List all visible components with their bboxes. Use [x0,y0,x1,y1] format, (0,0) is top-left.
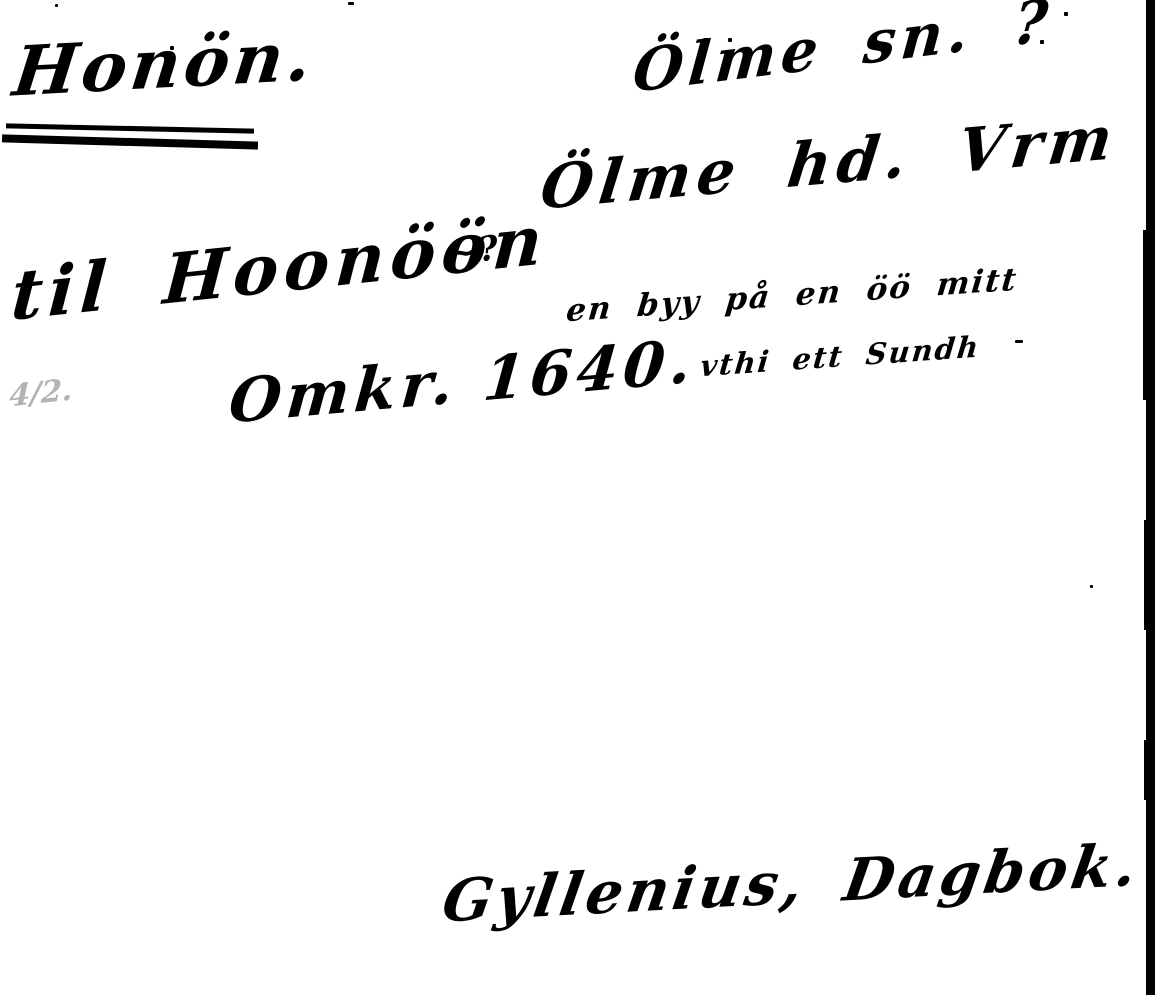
scan-speck [703,38,708,42]
scan-speck [728,38,732,42]
district-annotation: Ölme hd. Vrm [538,108,1122,219]
scan-edge-artifact-fragment [1144,520,1147,630]
scan-speck [1015,340,1023,343]
date-annotation: Omkr. 1640. [227,331,699,432]
scan-edge-artifact-fragment [1143,230,1147,400]
placename-heading: Honön. [10,22,320,106]
scan-edge-artifact-fragment [1144,740,1147,800]
pencil-margin-note: 4/2. [9,375,73,412]
parish-annotation: Ölme sn. ? [631,0,1055,101]
scan-speck [170,46,174,50]
source-citation: Gyllenius, Dagbok. [439,835,1145,930]
archive-card-scan: Honön. Ölme sn. ? Ölme hd. Vrm ~? til Ho… [0,0,1155,995]
scan-speck [1090,585,1093,588]
scan-speck [55,4,58,7]
placename-underline-bottom [2,134,258,149]
scan-speck [1064,12,1068,16]
scan-speck [1040,40,1044,44]
description-line-2: vthi ett Sundh [699,332,982,381]
scan-speck [348,2,354,5]
description-line-1: en byy på en öö mitt [565,264,1020,327]
reference-phrase: til Hoonöön [9,206,550,331]
scan-edge-artifact [1146,0,1155,995]
placename-underline-top [6,123,254,133]
